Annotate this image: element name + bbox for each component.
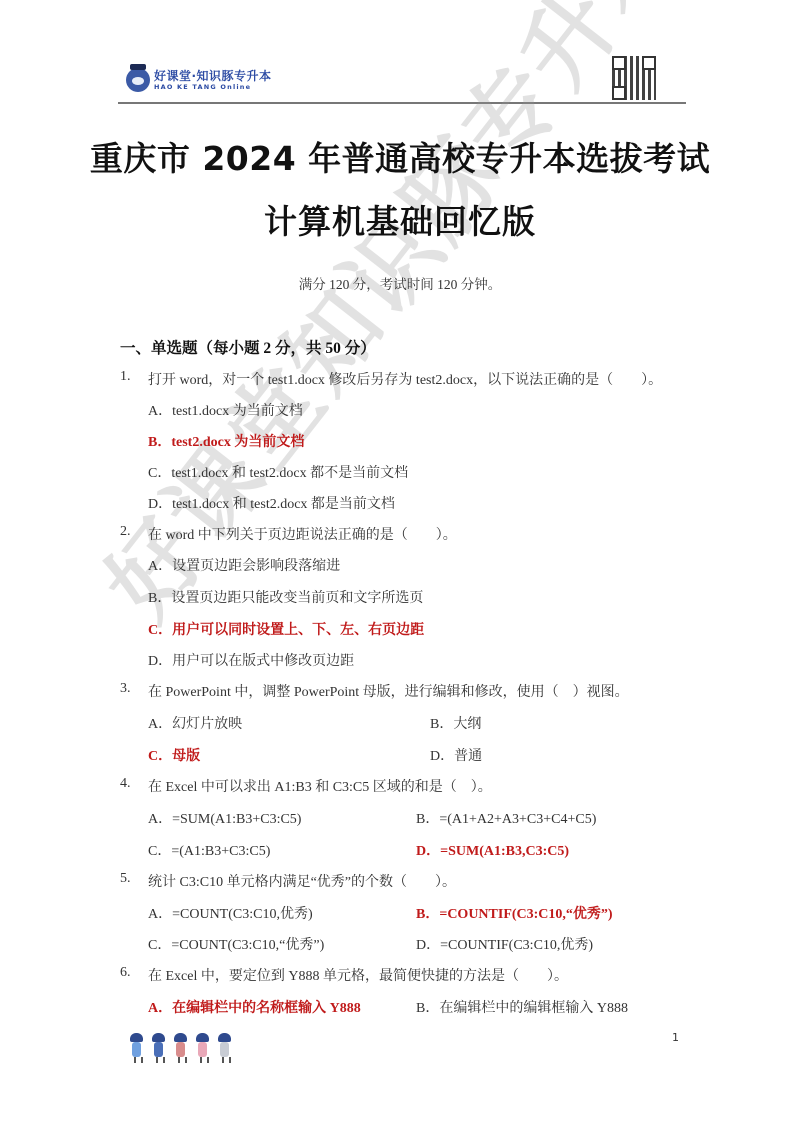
option-2c-correct: C．用户可以同时设置上、下、左、右页边距: [148, 619, 424, 639]
section-heading: 一、单选题（每小题 2 分，共 50 分）: [120, 336, 376, 358]
option-4d-correct: D．=SUM(A1:B3,C3:C5): [416, 840, 569, 860]
page-header: 好课堂·知识豚专升本 HAO KE TANG Online: [118, 52, 686, 104]
question-number: 2.: [120, 524, 131, 540]
option-6b: B．在编辑栏中的编辑框输入 Y888: [416, 997, 628, 1017]
brand-logo: 好课堂·知识豚专升本 HAO KE TANG Online: [126, 68, 272, 92]
question-text: 在 Excel 中可以求出 A1:B3 和 C3:C5 区域的和是（ ）。: [148, 776, 492, 796]
option-1d: D．test1.docx 和 test2.docx 都是当前文档: [148, 493, 395, 513]
option-5b-correct: B．=COUNTIF(C3:C10,“优秀”): [416, 903, 613, 923]
option-1b-correct: B．test2.docx 为当前文档: [148, 431, 304, 451]
option-3a: A．幻灯片放映: [148, 713, 242, 733]
question-number: 6.: [120, 965, 131, 981]
document-title: 重庆市 2024 年普通高校专升本选拔考试: [0, 133, 800, 180]
question-text: 在 word 中下列关于页边距说法正确的是（ ）。: [148, 524, 457, 544]
header-divider: [118, 102, 686, 104]
option-2d: D．用户可以在版式中修改页边距: [148, 650, 354, 670]
question-number: 5.: [120, 871, 131, 887]
footer-mascots: [128, 1033, 233, 1063]
question-number: 3.: [120, 681, 131, 697]
mascot-icon: [216, 1033, 233, 1063]
option-1c: C．test1.docx 和 test2.docx 都不是当前文档: [148, 462, 408, 482]
question-text: 在 PowerPoint 中，调整 PowerPoint 母版，进行编辑和修改，…: [148, 681, 629, 701]
qr-code-icon: [612, 56, 656, 100]
question-number: 4.: [120, 776, 131, 792]
question-text: 在 Excel 中，要定位到 Y888 单元格，最简便快捷的方法是（ ）。: [148, 965, 568, 985]
option-4c: C．=(A1:B3+C3:C5): [148, 840, 270, 860]
question-number: 1.: [120, 369, 131, 385]
mascot-logo-icon: [126, 68, 150, 92]
option-4b: B．=(A1+A2+A3+C3+C4+C5): [416, 808, 596, 828]
document-subtitle-title: 计算机基础回忆版: [0, 196, 800, 243]
option-5c: C．=COUNT(C3:C10,“优秀”): [148, 934, 324, 954]
option-1a: A．test1.docx 为当前文档: [148, 400, 303, 420]
exam-info: 满分 120 分，考试时间 120 分钟。: [0, 273, 800, 293]
logo-chinese-text: 好课堂·知识豚专升本: [154, 70, 272, 82]
option-3d: D．普通: [430, 745, 482, 765]
option-2b: B．设置页边距只能改变当前页和文字所选页: [148, 587, 423, 607]
question-text: 打开 word，对一个 test1.docx 修改后另存为 test2.docx…: [148, 369, 662, 389]
option-6a-correct: A．在编辑栏中的名称框输入 Y888: [148, 997, 361, 1017]
option-5a: A．=COUNT(C3:C10,优秀): [148, 903, 313, 923]
question-text: 统计 C3:C10 单元格内满足“优秀”的个数（ ）。: [148, 871, 456, 891]
option-3b: B．大纲: [430, 713, 481, 733]
logo-english-text: HAO KE TANG Online: [154, 84, 272, 91]
mascot-icon: [172, 1033, 189, 1063]
mascot-icon: [150, 1033, 167, 1063]
option-4a: A．=SUM(A1:B3+C3:C5): [148, 808, 301, 828]
mascot-icon: [128, 1033, 145, 1063]
mascot-icon: [194, 1033, 211, 1063]
page-number: 1: [672, 1031, 679, 1044]
option-2a: A．设置页边距会影响段落缩进: [148, 555, 340, 575]
option-5d: D．=COUNTIF(C3:C10,优秀): [416, 934, 593, 954]
option-3c-correct: C．母版: [148, 745, 200, 765]
